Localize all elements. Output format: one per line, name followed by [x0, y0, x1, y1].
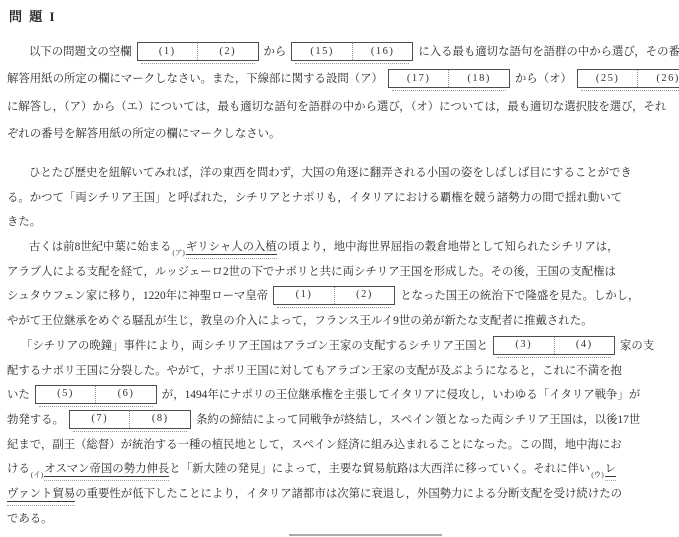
blank-number: (6): [95, 386, 156, 403]
blank-number: (15): [292, 43, 352, 60]
blank-number: (4): [554, 337, 615, 354]
text-run: となった国王の統治下で隆盛を見た。しかし，: [400, 290, 639, 302]
underlined-term: オスマン帝国の勢力伸長: [44, 463, 169, 477]
text-run: が，1494年にナポリの王位継承権を主張してイタリアに侵攻し，いわゆる「イタリア…: [162, 389, 640, 401]
text-line: アラブ人による支配を経て，ルッジェーロ2世の下でナポリと共に両シチリア王国を形成…: [7, 260, 675, 285]
text-run: ぞれの番号を解答用紙の所定の欄にマークしなさい。: [7, 128, 280, 140]
text-line: 解答用紙の所定の欄にマークしなさい。また，下線部に関する設問（ア）(17)(18…: [7, 66, 675, 93]
underline-label: (ウ): [591, 470, 604, 479]
underline-label: (ア): [172, 248, 185, 257]
answer-blank-box: (7)(8): [69, 410, 191, 429]
text-line: 古くは前8世紀中葉に始まる(ア)ギリシャ人の入植の頃より，地中海世界屈指の穀倉地…: [7, 235, 675, 260]
text-run: いた: [7, 389, 30, 401]
text-run: 家の支: [620, 340, 654, 352]
text-line: ひとたび歴史を紐解いてみれば，洋の東西を問わず，大国の角逐に翻弄される小国の姿を…: [7, 161, 675, 186]
text-line: きた。: [7, 210, 675, 235]
blank-number: (17): [389, 70, 449, 87]
text-line: いた(5)(6)が，1494年にナポリの王位継承権を主張してイタリアに侵攻し，い…: [7, 383, 675, 408]
text-run: シュタウフェン家に移り，1220年に神聖ローマ皇帝: [7, 290, 268, 302]
blank-number: (3): [494, 337, 554, 354]
text-run: 以下の問題文の空欄: [29, 46, 132, 58]
text-run: に入る最も適切な語句を語群の中から選び，その番号を: [418, 46, 679, 58]
answer-blank-box: (5)(6): [35, 385, 157, 404]
text-run: きた。: [7, 216, 41, 228]
blank-number: (16): [352, 43, 413, 60]
underlined-term: ヴァント貿易: [7, 488, 75, 502]
underline-label: (イ): [31, 470, 44, 479]
exam-document-page: 問 題 I 以下の問題文の空欄(1)(2)から(15)(16)に入る最も適切な語…: [0, 0, 679, 537]
instructions-paragraph: 以下の問題文の空欄(1)(2)から(15)(16)に入る最も適切な語句を語群の中…: [7, 39, 675, 149]
text-run: 古くは前8世紀中葉に始まる: [29, 241, 171, 253]
text-run: ける: [7, 463, 30, 475]
text-line: ヴァント貿易の重要性が低下したことにより，イタリア諸都市は次第に衰退し，外国勢力…: [7, 482, 675, 507]
underlined-term: レ: [605, 463, 616, 477]
text-run: 配するナポリ王国に分裂した。やがて，ナポリ王国に対してもアラゴン王家の支配が及ぶ…: [7, 365, 622, 377]
cutoff-word-list-box-edge: [289, 534, 442, 536]
blank-number: (8): [129, 411, 190, 428]
text-run: ひとたび歴史を紐解いてみれば，洋の東西を問わず，大国の角逐に翻弄される小国の姿を…: [29, 167, 632, 179]
text-line: ける(イ)オスマン帝国の勢力伸長と「新大陸の発見」によって，主要な貿易航路は大西…: [7, 457, 675, 482]
text-line: 紀まで，副王（総督）が統治する一種の植民地として，スペイン経済に組み込まれること…: [7, 433, 675, 458]
blank-number: (25): [578, 70, 638, 87]
answer-blank-box: (17)(18): [388, 69, 510, 88]
underlined-term: ギリシャ人の入植: [186, 241, 277, 255]
answer-blank-box: (1)(2): [273, 286, 395, 305]
text-run: と「新大陸の発見」によって，主要な貿易航路は大西洋に移っていく。それに伴い: [169, 463, 590, 475]
text-line: シュタウフェン家に移り，1220年に神聖ローマ皇帝(1)(2)となった国王の統治…: [7, 284, 675, 309]
answer-blank-box: (15)(16): [291, 42, 413, 61]
answer-blank-box: (25)(26): [577, 69, 679, 88]
blank-number: (7): [70, 411, 130, 428]
text-line: やがて王位継承をめぐる騒乱が生じ，教皇の介入によって，フランス王ルイ9世の弟が新…: [7, 309, 675, 334]
text-run: やがて王位継承をめぐる騒乱が生じ，教皇の介入によって，フランス王ルイ9世の弟が新…: [7, 315, 592, 327]
blank-number: (18): [448, 70, 509, 87]
text-line: に解答し，（ア）から（エ）については，最も適切な語句を語群の中から選び，（オ）に…: [7, 94, 675, 121]
text-run: 条約の締結によって同戦争が終結し，スペイン領となった両シチリア王国は，以後17世: [196, 414, 640, 426]
answer-blank-box: (3)(4): [493, 336, 615, 355]
answer-blank-box: (1)(2): [137, 42, 259, 61]
text-run: 勃発する。: [7, 414, 64, 426]
text-run: 紀まで，副王（総督）が統治する一種の植民地として，スペイン経済に組み込まれること…: [7, 439, 622, 451]
text-line: である。: [7, 507, 675, 532]
text-run: から: [264, 46, 287, 58]
blank-number: (2): [334, 287, 395, 304]
text-run: の頃より，地中海世界屈指の穀倉地帯として知られたシチリアは，: [277, 241, 619, 253]
blank-number: (1): [138, 43, 198, 60]
blank-number: (2): [197, 43, 258, 60]
blank-number: (26): [637, 70, 679, 87]
blank-number: (1): [274, 287, 334, 304]
text-line: 「シチリアの晩鐘」事件により，両シチリア王国はアラゴン王家の支配するシチリア王国…: [7, 334, 675, 359]
text-run: 「シチリアの晩鐘」事件により，両シチリア王国はアラゴン王家の支配するシチリア王国…: [21, 340, 488, 352]
text-line: 以下の問題文の空欄(1)(2)から(15)(16)に入る最も適切な語句を語群の中…: [7, 39, 675, 66]
blank-number: (5): [36, 386, 96, 403]
text-run: アラブ人による支配を経て，ルッジェーロ2世の下でナポリと共に両シチリア王国を形成…: [7, 266, 616, 278]
text-run: に解答し，（ア）から（エ）については，最も適切な語句を語群の中から選び，（オ）に…: [7, 101, 666, 113]
text-line: 勃発する。(7)(8)条約の締結によって同戦争が終結し，スペイン領となった両シチ…: [7, 408, 675, 433]
text-run: 解答用紙の所定の欄にマークしなさい。また，下線部に関する設問（ア）: [7, 73, 383, 85]
text-run: から（オ）: [515, 73, 572, 85]
essay-body: ひとたび歴史を紐解いてみれば，洋の東西を問わず，大国の角逐に翻弄される小国の姿を…: [7, 161, 675, 531]
text-line: 配するナポリ王国に分裂した。やがて，ナポリ王国に対してもアラゴン王家の支配が及ぶ…: [7, 359, 675, 384]
text-run: の重要性が低下したことにより，イタリア諸都市は次第に衰退し，外国勢力による分断支…: [75, 488, 622, 500]
text-run: る。かつて「両シチリア王国」と呼ばれた，シチリアとナポリも，イタリアにおける覇権…: [7, 192, 622, 204]
text-run: である。: [7, 513, 53, 525]
text-line: ぞれの番号を解答用紙の所定の欄にマークしなさい。: [7, 121, 675, 148]
page-title: 問 題 I: [9, 6, 57, 25]
text-line: る。かつて「両シチリア王国」と呼ばれた，シチリアとナポリも，イタリアにおける覇権…: [7, 186, 675, 211]
